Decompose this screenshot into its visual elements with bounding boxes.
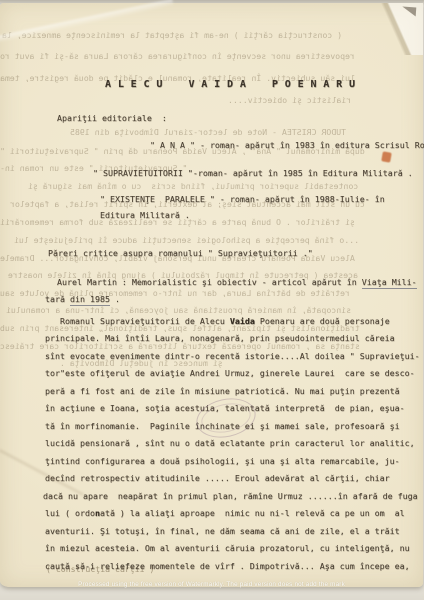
typed-text: lucidă pensionară , sînt nu o dată eclat…: [45, 438, 415, 448]
typed-line: " SUPRAVIETUITORII "-roman- apărut în 19…: [93, 168, 413, 179]
bleedthrough-line: rialistic şi obiectiv....: [228, 95, 351, 106]
folded-corner: [343, 3, 423, 55]
typed-line: tor"este ofiţerul de aviaţie Andrei Urmu…: [45, 368, 415, 379]
typed-text: peră a fi fost ani de zile în misiune pa…: [45, 386, 400, 396]
typed-line: în miezul acesteia. Om al aventurii căru…: [45, 543, 410, 554]
typed-text: Vaida: [230, 316, 255, 326]
typed-text: aventurii. Şi totuşi, în final, ne dăm s…: [45, 526, 400, 536]
typed-text: decînd retrospectiv atitudinile ..... Er…: [45, 473, 390, 483]
typed-text: .: [110, 294, 120, 304]
typed-text: " EXISTENŢE PARALELE " - roman- apărut î…: [100, 194, 385, 204]
typed-text: caută să-i reliefeze momentele de vîrf .…: [45, 561, 410, 571]
typed-line: aventurii. Şi totuşi, în final, ne dăm s…: [45, 526, 400, 537]
typed-text: dacă nu apare neapărat în primul plan, r…: [43, 491, 418, 501]
typed-text: Poenaru are două personaje: [255, 316, 390, 326]
typed-text: Editura Militară .: [100, 210, 190, 220]
typed-line: sînt evocate evenimente dintr-o recentă …: [45, 351, 420, 362]
typed-line: lui ( ordonată ) la aliaţi aproape nimic…: [45, 508, 405, 519]
typed-line: Editura Militară .: [100, 210, 190, 221]
bleedthrough-line: TUDOR CRISTEA - Note de lector-ziarul Dî…: [70, 127, 346, 138]
typed-line: Romanul Supravieţuitorii de Alecu Vaida …: [60, 316, 390, 327]
typed-line: lucidă pensionară , sînt nu o dată eclat…: [45, 438, 415, 449]
typed-line: dacă nu apare neapărat în primul plan, r…: [43, 491, 418, 502]
paper-sheet: ( construcţia cărţii ) ne-am fi aşteptat…: [0, 3, 423, 587]
typed-text: Apariţii editoriale :: [57, 113, 167, 123]
typed-line: caută să-i reliefeze momentele de vîrf .…: [45, 561, 410, 572]
typed-text: " SUPRAVIETUITORII "-roman- apărut în 19…: [93, 168, 413, 178]
typed-line: Aurel Martin : Memorialistic şi obiectiv…: [57, 277, 417, 288]
typed-line: ţintind configurarea a două psihologii, …: [45, 456, 400, 467]
typed-text: lui ( ordo: [45, 508, 95, 518]
typed-text: tor"este ofiţerul de aviaţie Andrei Urmu…: [45, 368, 415, 378]
typed-text: " A N A " - roman- apărut în 1983 în edi…: [150, 140, 424, 150]
typed-line: peră a fi fost ani de zile în misiune pa…: [45, 386, 400, 397]
typed-text: Aurel Martin : Memorialistic şi obiectiv…: [57, 277, 362, 287]
document-title: A L E C U V A I D A P O E N A R U: [105, 79, 355, 91]
bleedthrough-line: ( construcţia cărţii ) ne-am fi aşteptat…: [2, 30, 342, 41]
typed-line: tară din 1985 .: [45, 294, 120, 305]
scanned-page: ( construcţia cărţii ) ne-am fi aşteptat…: [0, 0, 424, 600]
bleedthrough-line: sincopată, în manieră proustiană sau joy…: [6, 305, 351, 316]
bleedthrough-line: ...o fină percepţie a psihologiei senect…: [14, 235, 359, 246]
typed-text: ată ) la aliaţi aproape nimic nu ni-l re…: [100, 508, 405, 518]
typed-text: sînt evocate evenimente dintr-o recentă …: [45, 351, 420, 361]
typed-line: Apariţii editoriale :: [57, 113, 167, 124]
typed-line: decînd retrospectiv atitudinile ..... Er…: [45, 473, 390, 484]
round-stamp: [193, 393, 260, 443]
typed-text: Romanul Supravieţuitorii de Alecu: [60, 316, 230, 326]
typed-text: Viaţa Mili-: [362, 277, 417, 289]
typed-line: " EXISTENŢE PARALELE " - roman- apărut î…: [100, 194, 385, 205]
typed-line: " A N A " - roman- apărut în 1983 în edi…: [150, 140, 424, 151]
bleedthrough-line: repovestirea unor secvenţe în configurar…: [0, 51, 355, 62]
typed-text: în miezul acesteia. Om al aventurii căru…: [45, 543, 410, 553]
typed-text: tară: [45, 294, 70, 304]
red-ink-mark: [381, 151, 392, 162]
typed-text: Păreri critice asupra romanului " Suprav…: [48, 248, 313, 258]
typed-text: din 1985: [70, 294, 110, 306]
typed-text: ţintind configurarea a două psihologii, …: [45, 456, 400, 466]
typed-line: Păreri critice asupra romanului " Suprav…: [48, 248, 313, 259]
watermark-text: Processed using the free version of Wate…: [78, 581, 345, 589]
typed-text: principale. Mai întîi Laura, nonagenară,…: [45, 333, 395, 343]
bleedthrough-line: contestabil superior primului, fiind scr…: [28, 181, 358, 192]
typed-line: principale. Mai întîi Laura, nonagenară,…: [45, 333, 395, 344]
